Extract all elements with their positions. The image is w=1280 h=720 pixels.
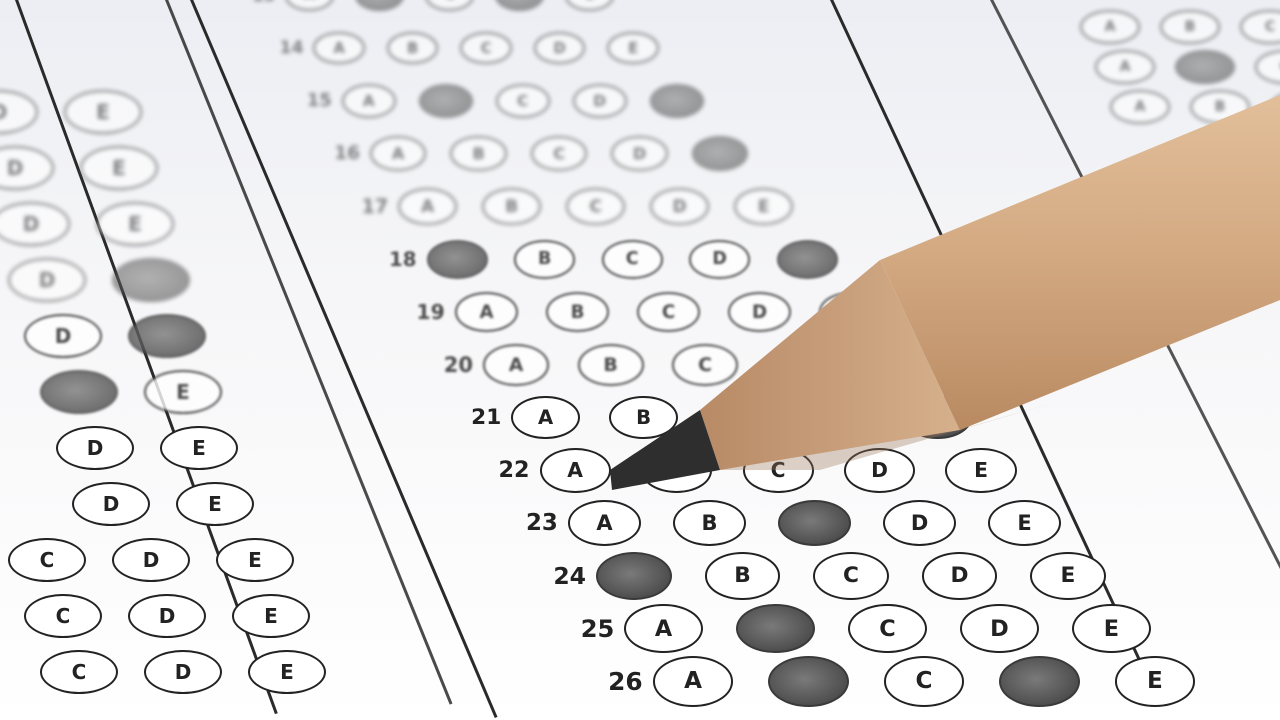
answer-row: 25ABCDE bbox=[574, 604, 1184, 653]
answer-row: 23ABCDE bbox=[520, 500, 1093, 546]
answer-bubble-b[interactable]: B bbox=[355, 0, 404, 11]
answer-bubble-b[interactable]: B bbox=[546, 292, 610, 332]
question-number: 25 bbox=[574, 615, 614, 643]
answer-bubble-a[interactable]: A bbox=[596, 552, 672, 600]
answer-bubble-d[interactable]: D bbox=[534, 32, 585, 64]
answer-row: 14ABCDE bbox=[277, 32, 681, 64]
question-number: 17 bbox=[358, 195, 388, 218]
answer-row: 18ABCDE bbox=[385, 240, 864, 279]
answer-bubble-d[interactable]: D bbox=[112, 538, 190, 582]
answer-bubble-a[interactable]: A bbox=[427, 240, 488, 279]
answer-bubble-a[interactable]: A bbox=[483, 344, 549, 386]
answer-row: ABC bbox=[1110, 90, 1280, 124]
answer-bubble-b[interactable]: B bbox=[768, 656, 849, 707]
answer-row: 24ABCDE bbox=[547, 552, 1138, 600]
question-number: 20 bbox=[439, 352, 473, 377]
answer-bubble-e[interactable]: E bbox=[988, 500, 1062, 546]
question-number: 24 bbox=[547, 562, 586, 590]
answer-bubble-e[interactable]: E bbox=[112, 258, 190, 302]
answer-bubble-e[interactable]: E bbox=[692, 136, 748, 171]
answer-bubble-e[interactable]: E bbox=[248, 650, 326, 694]
question-number: 13 bbox=[250, 0, 275, 5]
answer-bubble-d[interactable]: D bbox=[495, 0, 544, 11]
question-number: 15 bbox=[304, 90, 332, 111]
answer-bubble-e[interactable]: E bbox=[160, 426, 238, 470]
answer-bubble-a[interactable]: A bbox=[624, 604, 702, 653]
answer-bubble-e[interactable]: E bbox=[734, 188, 793, 225]
answer-bubble-b[interactable]: B bbox=[641, 448, 712, 493]
answer-row: CDE bbox=[8, 538, 320, 582]
answer-row: CDE bbox=[24, 594, 336, 638]
answer-row: DE bbox=[40, 370, 248, 414]
answer-row: 21ABCDE bbox=[466, 396, 1001, 439]
answer-row: 15ABCDE bbox=[304, 84, 727, 118]
answer-bubble-e[interactable]: E bbox=[176, 482, 254, 526]
answer-bubble-b[interactable]: B bbox=[1160, 10, 1220, 44]
answer-bubble-b[interactable]: B bbox=[482, 188, 541, 225]
answer-bubble-d[interactable]: D bbox=[0, 90, 38, 134]
answer-bubble-b[interactable]: B bbox=[578, 344, 644, 386]
answer-row: DE bbox=[0, 202, 200, 246]
answer-bubble-a[interactable]: A bbox=[285, 0, 334, 11]
answer-bubble-d[interactable]: D bbox=[922, 552, 998, 600]
answer-bubble-d[interactable]: D bbox=[766, 344, 832, 386]
answer-bubble-d[interactable]: D bbox=[883, 500, 957, 546]
answer-bubble-c[interactable]: C bbox=[496, 84, 550, 118]
answer-bubble-e[interactable]: E bbox=[1072, 604, 1150, 653]
answer-bubble-d[interactable]: D bbox=[144, 650, 222, 694]
answer-bubble-e[interactable]: E bbox=[777, 240, 838, 279]
answer-row: 20ABCDE bbox=[439, 344, 955, 386]
answer-bubble-d[interactable]: D bbox=[0, 146, 54, 190]
answer-bubble-b[interactable]: B bbox=[705, 552, 781, 600]
answer-bubble-c[interactable]: C bbox=[40, 650, 118, 694]
answer-bubble-c[interactable]: C bbox=[743, 448, 814, 493]
answer-bubble-d[interactable]: D bbox=[128, 594, 206, 638]
answer-bubble-d[interactable]: D bbox=[960, 604, 1038, 653]
answer-bubble-c[interactable]: C bbox=[1255, 50, 1280, 84]
answer-bubble-a[interactable]: A bbox=[1110, 90, 1170, 124]
answer-sheet: 13ABCDE14ABCDE15ABCDE16ABCDE17ABCDE18ABC… bbox=[0, 0, 1280, 720]
answer-bubble-a[interactable]: A bbox=[1080, 10, 1140, 44]
answer-bubble-c[interactable]: C bbox=[672, 344, 738, 386]
answer-row: CDE bbox=[40, 650, 352, 694]
question-number: 14 bbox=[277, 38, 303, 58]
answer-bubble-b[interactable]: B bbox=[1190, 90, 1250, 124]
question-number: 21 bbox=[466, 405, 501, 430]
answer-bubble-e[interactable]: E bbox=[819, 292, 883, 332]
answer-bubble-d[interactable]: D bbox=[8, 258, 86, 302]
answer-bubble-d[interactable]: D bbox=[573, 84, 627, 118]
question-number: 19 bbox=[412, 300, 445, 324]
answer-bubble-c[interactable]: C bbox=[425, 0, 474, 11]
answer-bubble-e[interactable]: E bbox=[216, 538, 294, 582]
question-number: 26 bbox=[601, 667, 643, 696]
answer-bubble-d[interactable]: D bbox=[0, 202, 70, 246]
answer-row: DE bbox=[72, 482, 280, 526]
answer-bubble-b[interactable]: B bbox=[673, 500, 747, 546]
answer-bubble-c[interactable]: C bbox=[531, 136, 587, 171]
answer-bubble-c[interactable]: C bbox=[813, 552, 889, 600]
answer-bubble-d[interactable]: D bbox=[40, 370, 118, 414]
answer-row: ABC bbox=[1080, 10, 1280, 44]
answer-bubble-a[interactable]: A bbox=[370, 136, 426, 171]
answer-bubble-b[interactable]: B bbox=[736, 604, 814, 653]
answer-bubble-d[interactable]: D bbox=[999, 656, 1080, 707]
answer-bubble-e[interactable]: E bbox=[607, 32, 658, 64]
answer-row: DE bbox=[0, 90, 168, 134]
answer-bubble-c[interactable]: C bbox=[24, 594, 102, 638]
answer-bubble-c[interactable]: C bbox=[884, 656, 965, 707]
answer-bubble-d[interactable]: D bbox=[650, 188, 709, 225]
answer-bubble-d[interactable]: D bbox=[24, 314, 102, 358]
answer-bubble-b[interactable]: B bbox=[609, 396, 678, 439]
answer-bubble-c[interactable]: C bbox=[778, 500, 852, 546]
answer-row: 22ABCDE bbox=[493, 448, 1047, 493]
answer-bubble-b[interactable]: B bbox=[450, 136, 506, 171]
answer-bubble-e[interactable]: E bbox=[64, 90, 142, 134]
answer-bubble-c[interactable]: C bbox=[1240, 10, 1280, 44]
answer-row: 19ABCDE bbox=[412, 292, 910, 332]
answer-bubble-e[interactable]: E bbox=[861, 344, 927, 386]
answer-row: 26ABCDE bbox=[601, 656, 1230, 707]
answer-bubble-a[interactable]: A bbox=[511, 396, 580, 439]
question-number: 23 bbox=[520, 510, 558, 536]
answer-bubble-e[interactable]: E bbox=[128, 314, 206, 358]
question-number: 18 bbox=[385, 248, 417, 271]
answer-bubble-d[interactable]: D bbox=[72, 482, 150, 526]
answer-row: 17ABCDE bbox=[358, 188, 818, 225]
answer-bubble-e[interactable]: E bbox=[232, 594, 310, 638]
answer-bubble-d[interactable]: D bbox=[611, 136, 667, 171]
answer-bubble-a[interactable]: A bbox=[313, 32, 364, 64]
answer-bubble-c[interactable]: C bbox=[848, 604, 926, 653]
answer-bubble-d[interactable]: D bbox=[844, 448, 915, 493]
answer-bubble-c[interactable]: C bbox=[637, 292, 701, 332]
question-number: 22 bbox=[493, 457, 530, 483]
answer-row: DE bbox=[0, 146, 184, 190]
answer-bubble-b[interactable]: B bbox=[387, 32, 438, 64]
answer-bubble-b[interactable]: B bbox=[514, 240, 575, 279]
answer-bubble-e[interactable]: E bbox=[1030, 552, 1106, 600]
answer-bubble-b[interactable]: B bbox=[1175, 50, 1235, 84]
answer-bubble-d[interactable]: D bbox=[728, 292, 792, 332]
answer-row: DE bbox=[56, 426, 264, 470]
answer-bubble-d[interactable]: D bbox=[805, 396, 874, 439]
answer-bubble-e[interactable]: E bbox=[144, 370, 222, 414]
answer-row: 16ABCDE bbox=[331, 136, 772, 171]
question-number: 16 bbox=[331, 143, 360, 164]
answer-bubble-c[interactable]: C bbox=[707, 396, 776, 439]
answer-bubble-a[interactable]: A bbox=[653, 656, 734, 707]
answer-bubble-c[interactable]: C bbox=[602, 240, 663, 279]
answer-bubble-a[interactable]: A bbox=[568, 500, 642, 546]
answer-bubble-a[interactable]: A bbox=[540, 448, 611, 493]
answer-bubble-e[interactable]: E bbox=[945, 448, 1016, 493]
answer-bubble-a[interactable]: A bbox=[455, 292, 519, 332]
answer-bubble-c[interactable]: C bbox=[460, 32, 511, 64]
answer-bubble-a[interactable]: A bbox=[342, 84, 396, 118]
answer-row: DE bbox=[8, 258, 216, 302]
answer-bubble-a[interactable]: A bbox=[398, 188, 457, 225]
answer-row: ABC bbox=[1095, 50, 1280, 84]
answer-bubble-c[interactable]: C bbox=[566, 188, 625, 225]
answer-bubble-e[interactable]: E bbox=[565, 0, 614, 11]
answer-bubble-e[interactable]: E bbox=[650, 84, 704, 118]
answer-bubble-d[interactable]: D bbox=[689, 240, 750, 279]
answer-bubble-e[interactable]: E bbox=[903, 396, 972, 439]
answer-bubble-d[interactable]: D bbox=[56, 426, 134, 470]
answer-bubble-e[interactable]: E bbox=[96, 202, 174, 246]
answer-bubble-c[interactable]: C bbox=[1270, 90, 1280, 124]
answer-bubble-c[interactable]: C bbox=[8, 538, 86, 582]
answer-bubble-a[interactable]: A bbox=[1095, 50, 1155, 84]
answer-row: DE bbox=[24, 314, 232, 358]
answer-bubble-e[interactable]: E bbox=[1115, 656, 1196, 707]
answer-row: 13ABCDE bbox=[250, 0, 635, 11]
answer-bubble-b[interactable]: B bbox=[419, 84, 473, 118]
answer-bubble-e[interactable]: E bbox=[80, 146, 158, 190]
